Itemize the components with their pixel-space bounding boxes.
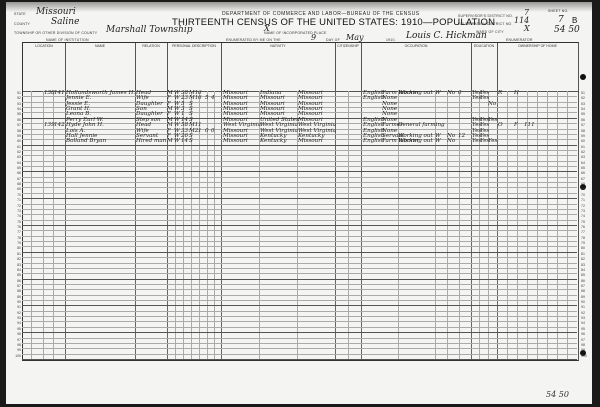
line-number: 88	[9, 289, 21, 293]
home-tenure: O	[498, 122, 503, 129]
years-married: 6	[198, 95, 202, 102]
line-number: 81	[9, 252, 21, 256]
census-title: THIRTEENTH CENSUS OF THE UNITED STATES: …	[172, 17, 495, 28]
row-line	[22, 295, 577, 296]
marital-status: S	[189, 138, 193, 145]
line-number: 79	[9, 241, 21, 245]
line-number-right: 100	[581, 354, 592, 358]
line-number-right: 91	[581, 305, 592, 309]
col-occupation: Occupation	[361, 43, 472, 91]
home-or-farm: H	[514, 90, 519, 97]
line-number-right: 84	[581, 268, 592, 272]
line-number-right: 99	[581, 348, 592, 352]
out-of-work: No	[447, 138, 455, 145]
line-number-right: 68	[581, 182, 592, 186]
line-number-right: 85	[581, 273, 592, 277]
relation: Hired man	[136, 138, 166, 145]
line-number: 83	[9, 263, 21, 267]
family-number: 141	[54, 90, 65, 97]
enumeration-day: 9	[311, 33, 316, 42]
line-number: 99	[9, 348, 21, 352]
row-line	[22, 161, 577, 162]
line-number-right: 58	[581, 129, 592, 133]
col-location: Location	[23, 43, 66, 91]
line-number-right: 75	[581, 220, 592, 224]
line-number-right: 77	[581, 230, 592, 234]
line-number-right: 88	[581, 289, 592, 293]
row-line	[22, 246, 577, 247]
line-number: 87	[9, 284, 21, 288]
line-number: 78	[9, 236, 21, 240]
col-personal: Personal Description	[167, 43, 222, 91]
line-number-right: 97	[581, 338, 592, 342]
children-living: 4	[211, 95, 215, 102]
line-number: 55	[9, 112, 21, 116]
enumeration-month: May	[346, 33, 363, 42]
line-number-right: 89	[581, 295, 592, 299]
ward-label: Ward of city	[476, 30, 504, 34]
row-line	[22, 155, 577, 156]
line-number: 57	[9, 123, 21, 127]
line-number-right: 98	[581, 343, 592, 347]
row-line	[22, 316, 577, 317]
line-number-right: 83	[581, 263, 592, 267]
line-number: 53	[9, 102, 21, 106]
line-number-right: 70	[581, 193, 592, 197]
state-value: Missouri	[36, 7, 76, 17]
line-number-right: 74	[581, 214, 592, 218]
line-number: 93	[9, 316, 21, 320]
line-number-right: 79	[581, 241, 592, 245]
row-line	[22, 177, 577, 178]
row-line	[22, 225, 577, 226]
line-number: 71	[9, 198, 21, 202]
row-line	[22, 354, 577, 355]
line-number-right: 71	[581, 198, 592, 202]
line-number: 66	[9, 171, 21, 175]
row-line	[22, 359, 577, 360]
line-number-right: 55	[581, 112, 592, 116]
sex: M	[167, 138, 173, 145]
row-line	[22, 171, 577, 172]
row-line	[22, 348, 577, 349]
row-line	[22, 279, 577, 280]
line-number: 54	[9, 107, 21, 111]
line-number-right: 63	[581, 155, 592, 159]
employer-status: W	[435, 90, 441, 97]
out-of-work: No	[447, 90, 455, 97]
line-number-right: 60	[581, 139, 592, 143]
line-number: 75	[9, 220, 21, 224]
row-line	[22, 182, 577, 183]
line-number-right: 53	[581, 102, 592, 106]
line-number: 51	[9, 91, 21, 95]
line-number: 52	[9, 96, 21, 100]
industry: General farming	[398, 122, 445, 129]
line-number-right: 66	[581, 171, 592, 175]
county-value: Saline	[51, 17, 79, 27]
line-number: 97	[9, 338, 21, 342]
mother-birthplace: Missouri	[298, 138, 323, 145]
line-number-right: 78	[581, 236, 592, 240]
row-line	[22, 150, 577, 151]
line-number: 94	[9, 321, 21, 325]
line-number-right: 59	[581, 134, 592, 138]
line-number: 85	[9, 273, 21, 277]
line-number-right: 82	[581, 257, 592, 261]
state-label: State	[14, 12, 26, 16]
line-number-right: 54	[581, 107, 592, 111]
row-line	[22, 193, 577, 194]
row-line	[22, 273, 577, 274]
line-number: 90	[9, 300, 21, 304]
line-number-right: 64	[581, 161, 592, 165]
row-line	[22, 284, 577, 285]
attended-school: Yes	[488, 117, 497, 124]
line-number: 100	[9, 354, 21, 358]
col-nativity: Nativity	[221, 43, 336, 91]
line-number: 73	[9, 209, 21, 213]
children-living: 0	[211, 128, 215, 135]
census-sheet: State Missouri County Saline Township or…	[6, 2, 592, 404]
line-number: 68	[9, 182, 21, 186]
line-number-right: 92	[581, 311, 592, 315]
line-number-right: 67	[581, 177, 592, 181]
line-number: 62	[9, 150, 21, 154]
incorporated-place-label: Name of incorporated place	[264, 31, 327, 35]
attended-school: Yes	[488, 138, 497, 145]
sheet-number: 7	[558, 15, 564, 25]
line-number: 76	[9, 225, 21, 229]
sheet-side: B	[572, 16, 577, 25]
weeks-unemployed: 0	[458, 90, 462, 97]
line-number: 89	[9, 295, 21, 299]
enumerator-name: Louis C. Hickman	[406, 31, 487, 41]
family-number: 142	[54, 122, 65, 129]
line-number-right: 51	[581, 91, 592, 95]
row-line	[22, 327, 577, 328]
birthplace: Missouri	[223, 138, 248, 145]
row-line	[22, 268, 577, 269]
farm-schedule: 111	[524, 122, 535, 129]
row-line	[22, 343, 577, 344]
row-line	[22, 289, 577, 290]
line-number-right: 95	[581, 327, 592, 331]
col-relation: Relation	[135, 43, 168, 91]
line-number-right: 86	[581, 279, 592, 283]
line-number-right: 65	[581, 166, 592, 170]
line-number: 98	[9, 343, 21, 347]
line-number: 70	[9, 193, 21, 197]
line-number: 92	[9, 311, 21, 315]
line-number: 80	[9, 246, 21, 250]
line-number-right: 73	[581, 209, 592, 213]
row-line	[22, 204, 577, 205]
line-number-right: 72	[581, 204, 592, 208]
line-number-right: 94	[581, 321, 592, 325]
row-line	[22, 311, 577, 312]
age: 14	[181, 138, 188, 145]
line-number-right: 69	[581, 187, 592, 191]
line-number: 64	[9, 161, 21, 165]
row-line	[22, 214, 577, 215]
line-number: 91	[9, 305, 21, 309]
line-number-right: 96	[581, 332, 592, 336]
weeks-unemployed: 12	[458, 133, 465, 140]
row-line	[22, 257, 577, 258]
line-number-right: 80	[581, 246, 592, 250]
stamp-number: 54 50	[554, 25, 580, 35]
line-number: 77	[9, 230, 21, 234]
row-line	[22, 300, 577, 301]
race: W	[174, 138, 180, 145]
industry: Working out	[398, 138, 433, 145]
row-line	[22, 321, 577, 322]
stamp-footer: 54 50	[546, 390, 569, 399]
row-line	[22, 198, 577, 199]
supervisor-district-label: Supervisor's District No.	[458, 14, 513, 18]
sheet-label: Sheet No.	[548, 9, 569, 13]
row-line	[22, 220, 577, 221]
line-number: 60	[9, 139, 21, 143]
row-line	[22, 241, 577, 242]
line-number: 84	[9, 268, 21, 272]
col-name: Name	[65, 43, 136, 91]
line-number: 95	[9, 327, 21, 331]
home-or-farm: F	[514, 122, 518, 129]
line-number: 56	[9, 118, 21, 122]
row-line	[22, 252, 577, 253]
employer-status: W	[435, 138, 441, 145]
ward-value: X	[524, 24, 530, 33]
home-tenure: R	[498, 90, 502, 97]
line-number: 58	[9, 129, 21, 133]
county-label: County	[14, 22, 30, 26]
row-line	[22, 166, 577, 167]
row-line	[22, 338, 577, 339]
line-number: 72	[9, 204, 21, 208]
line-number-right: 56	[581, 118, 592, 122]
line-number: 82	[9, 257, 21, 261]
children-born: 0	[205, 128, 209, 135]
person-name: Bolland Bryan	[66, 138, 106, 145]
line-number-right: 57	[581, 123, 592, 127]
line-number-right: 62	[581, 150, 592, 154]
line-number: 63	[9, 155, 21, 159]
township-label: Township or other division of county	[14, 31, 97, 35]
line-number: 74	[9, 214, 21, 218]
row-line	[22, 332, 577, 333]
line-number: 65	[9, 166, 21, 170]
line-number-right: 87	[581, 284, 592, 288]
years-married: 1	[198, 128, 202, 135]
col-citizenship: Citizenship	[335, 43, 362, 91]
row-line	[22, 236, 577, 237]
line-number: 59	[9, 134, 21, 138]
line-number: 86	[9, 279, 21, 283]
line-number: 96	[9, 332, 21, 336]
row-line	[22, 187, 577, 188]
col-ownership: Ownership of Home	[497, 43, 578, 91]
attended-school: No	[488, 101, 496, 108]
line-number-right: 81	[581, 252, 592, 256]
industry: Working out	[398, 90, 433, 97]
line-number-right: 52	[581, 96, 592, 100]
line-number-right: 61	[581, 145, 592, 149]
row-line	[22, 209, 577, 210]
line-number-right: 76	[581, 225, 592, 229]
enumeration-district-label: Enumeration District No.	[458, 22, 513, 26]
children-born: 5	[205, 95, 209, 102]
line-number: 61	[9, 145, 21, 149]
father-birthplace: Kentucky	[260, 138, 286, 145]
line-number: 67	[9, 177, 21, 181]
row-line	[22, 305, 577, 306]
line-number: 69	[9, 187, 21, 191]
line-number-right: 90	[581, 300, 592, 304]
row-line	[22, 230, 577, 231]
line-number-right: 93	[581, 316, 592, 320]
punch-hole	[580, 74, 586, 80]
incorporated-place-mark: X	[264, 24, 270, 33]
row-line	[22, 263, 577, 264]
col-education: Education	[471, 43, 498, 91]
